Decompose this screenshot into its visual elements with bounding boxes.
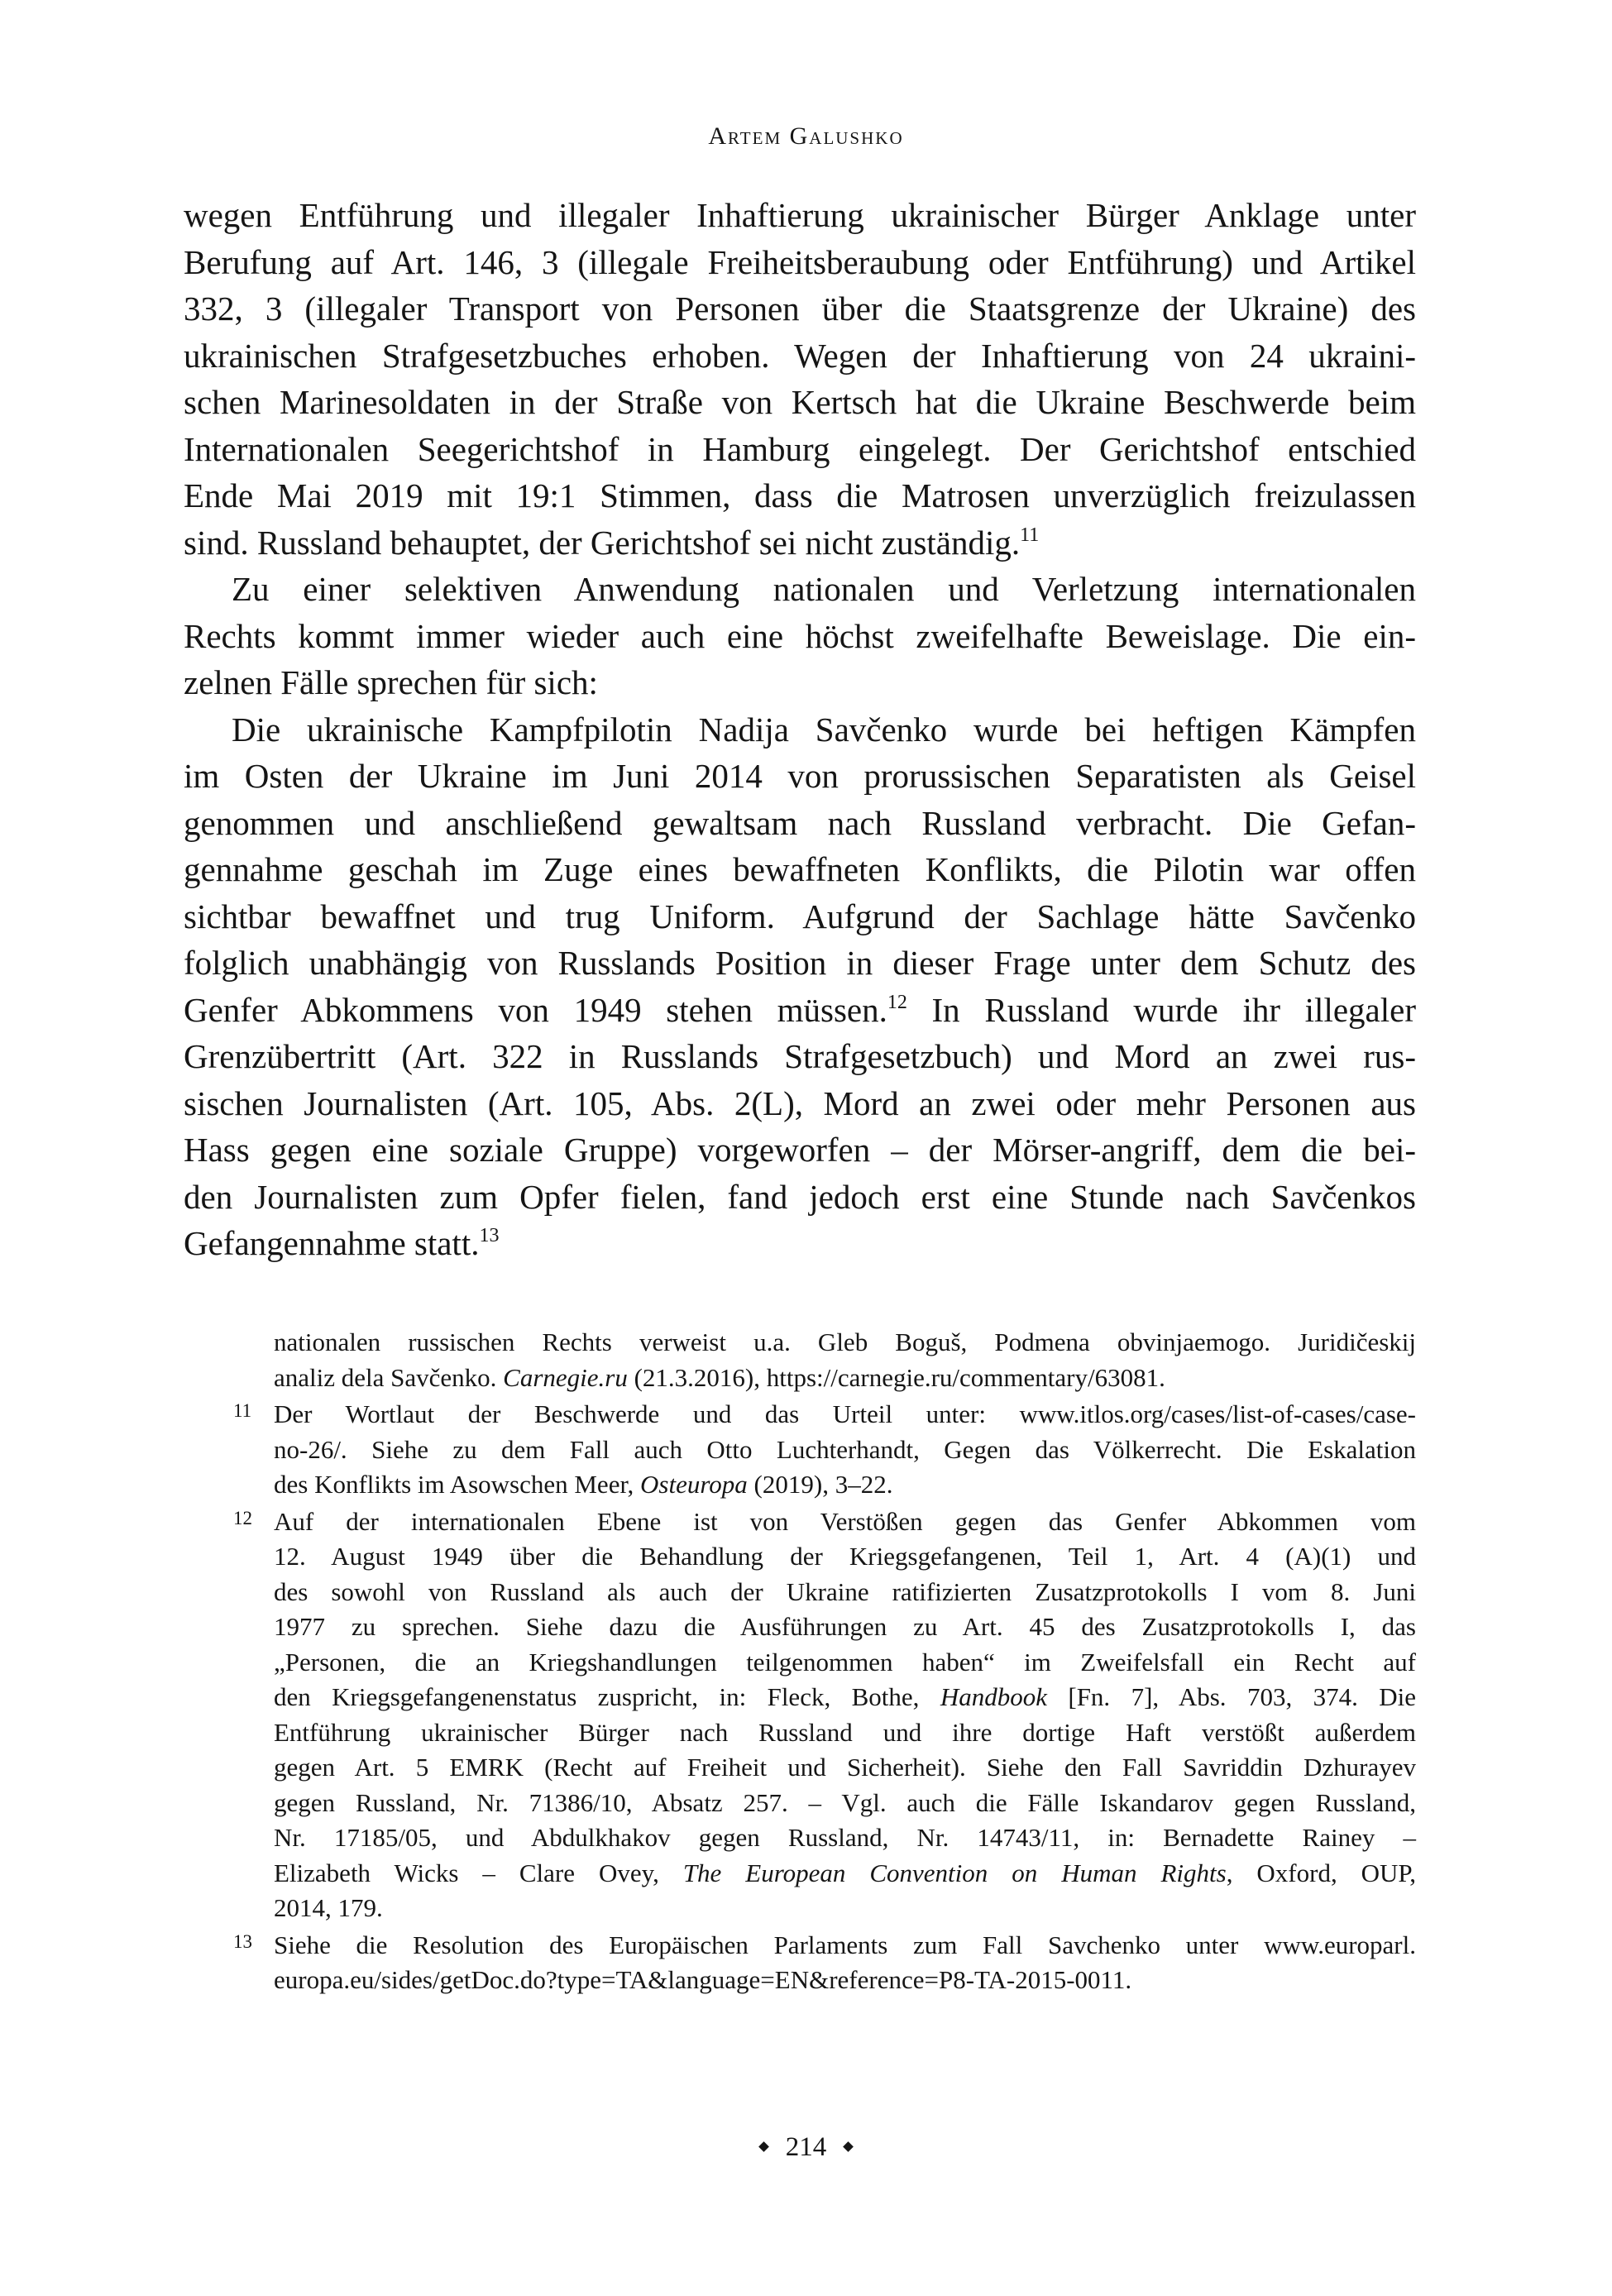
text-line: gennahme geschah im Zuge eines bewaffnet… — [184, 846, 1416, 893]
text-line: Berufung auf Art. 146, 3 (illegale Freih… — [184, 239, 1416, 286]
diamond-ornament-icon — [758, 2141, 769, 2152]
text-line: ukrainischen Strafgesetzbuches erhoben. … — [184, 332, 1416, 380]
footnote-line: Nr. 17185/05, und Abdulkhakov gegen Russ… — [274, 1820, 1416, 1856]
footnote-line: 12. August 1949 über die Behandlung der … — [274, 1539, 1416, 1575]
text-line: Rechts kommt immer wieder auch eine höch… — [184, 613, 1416, 660]
footnote-line: „Personen, die an Kriegshandlungen teilg… — [274, 1645, 1416, 1681]
footnote-line: Elizabeth Wicks – Clare Ovey, The Europe… — [274, 1856, 1416, 1892]
text-line: Internationalen Seegerichtshof in Hambur… — [184, 426, 1416, 473]
text-line: folglich unabhängig von Russlands Positi… — [184, 940, 1416, 987]
text-line: im Osten der Ukraine im Juni 2014 von pr… — [184, 753, 1416, 800]
footnote-13: 13 Siehe die Resolution des Europäischen… — [184, 1928, 1416, 1998]
publication-title: Osteuropa — [640, 1470, 748, 1499]
footnote-link[interactable]: europa.eu/sides/getDoc.do?type=TA&langua… — [274, 1963, 1416, 1998]
main-text: wegen Entführung und illegaler Inhaftier… — [184, 192, 1416, 1267]
footnote-line: den Kriegsgefangenenstatus zuspricht, in… — [274, 1680, 1416, 1715]
footnote-number: 12 — [233, 1508, 252, 1529]
footnote-link[interactable]: (21.3.2016), https://carnegie.ru/comment… — [628, 1363, 1165, 1392]
text-line: Grenzübertritt (Art. 322 in Russlands St… — [184, 1033, 1416, 1080]
footnote-line: des Konflikts im Asowschen Meer, Osteuro… — [274, 1467, 1416, 1503]
text-line: Gefangennahme statt.13 — [184, 1220, 1416, 1267]
text-line: sischen Journalisten (Art. 105, Abs. 2(L… — [184, 1080, 1416, 1127]
footnote-line: no-26/. Siehe zu dem Fall auch Otto Luch… — [274, 1433, 1416, 1468]
text-line: zelnen Fälle sprechen für sich: — [184, 659, 1416, 706]
text-line: Genfer Abkommens von 1949 stehen müssen.… — [184, 987, 1416, 1034]
footnote-line[interactable]: Siehe die Resolution des Europäischen Pa… — [274, 1928, 1416, 1964]
publication-title: Handbook — [940, 1682, 1047, 1711]
footnote-11: 11 Der Wortlaut der Beschwerde und das U… — [184, 1397, 1416, 1503]
footnote-line: 1977 zu sprechen. Siehe dazu die Ausführ… — [274, 1610, 1416, 1645]
running-head: Artem Galushko — [0, 122, 1612, 151]
text-line: Zu einer selektiven Anwendung nationalen… — [184, 566, 1416, 613]
text-line: schen Marinesoldaten in der Straße von K… — [184, 379, 1416, 426]
footnote-line: Entführung ukrainischer Bürger nach Russ… — [274, 1715, 1416, 1751]
footnote-ref-13[interactable]: 13 — [479, 1225, 499, 1246]
text-line: den Journalisten zum Opfer fielen, fand … — [184, 1174, 1416, 1221]
text-line: wegen Entführung und illegaler Inhaftier… — [184, 192, 1416, 239]
page-number: 214 — [786, 2132, 827, 2162]
text-line: Hass gegen eine soziale Gruppe) vorgewor… — [184, 1126, 1416, 1174]
footnote-line: 2014, 179. — [274, 1891, 1416, 1926]
footnote-continued: nationalen russischen Rechts verweist u.… — [184, 1325, 1416, 1395]
footnote-number: 11 — [233, 1400, 251, 1422]
text-line: sind. Russland behauptet, der Gerichtsho… — [184, 519, 1416, 567]
text-line: genommen und anschließend gewaltsam nach… — [184, 800, 1416, 847]
text-line: 332, 3 (illegaler Transport von Personen… — [184, 285, 1416, 332]
footnote-line: des sowohl von Russland als auch der Ukr… — [274, 1575, 1416, 1610]
footnote-12: 12 Auf der internationalen Ebene ist von… — [184, 1504, 1416, 1926]
footnote-line: gegen Art. 5 EMRK (Recht auf Freiheit un… — [274, 1750, 1416, 1786]
footnote-line: gegen Russland, Nr. 71386/10, Absatz 257… — [274, 1786, 1416, 1821]
footnote-line: nationalen russischen Rechts verweist u.… — [274, 1325, 1416, 1361]
footnote-line: Auf der internationalen Ebene ist von Ve… — [274, 1504, 1416, 1540]
text-line: Die ukrainische Kampfpilotin Nadija Savč… — [184, 706, 1416, 753]
footnote-number: 13 — [233, 1931, 252, 1953]
footnote-line: Der Wortlaut der Beschwerde und das Urte… — [274, 1397, 1416, 1433]
footnote-line: analiz dela Savčenko. Carnegie.ru (21.3.… — [274, 1361, 1416, 1396]
text-line: sichtbar bewaffnet und trug Uniform. Auf… — [184, 893, 1416, 940]
footnote-ref-11[interactable]: 11 — [1020, 524, 1039, 546]
footnotes: nationalen russischen Rechts verweist u.… — [184, 1325, 1416, 1998]
diamond-ornament-icon — [843, 2141, 854, 2152]
publication-title: The European Convention on Human Rights — [683, 1858, 1227, 1887]
footnote-ref-12[interactable]: 12 — [887, 992, 907, 1013]
text-line: Ende Mai 2019 mit 19:1 Stimmen, dass die… — [184, 472, 1416, 519]
page-footer: 214 — [0, 2132, 1612, 2163]
publication-title: Carnegie.ru — [503, 1363, 628, 1392]
